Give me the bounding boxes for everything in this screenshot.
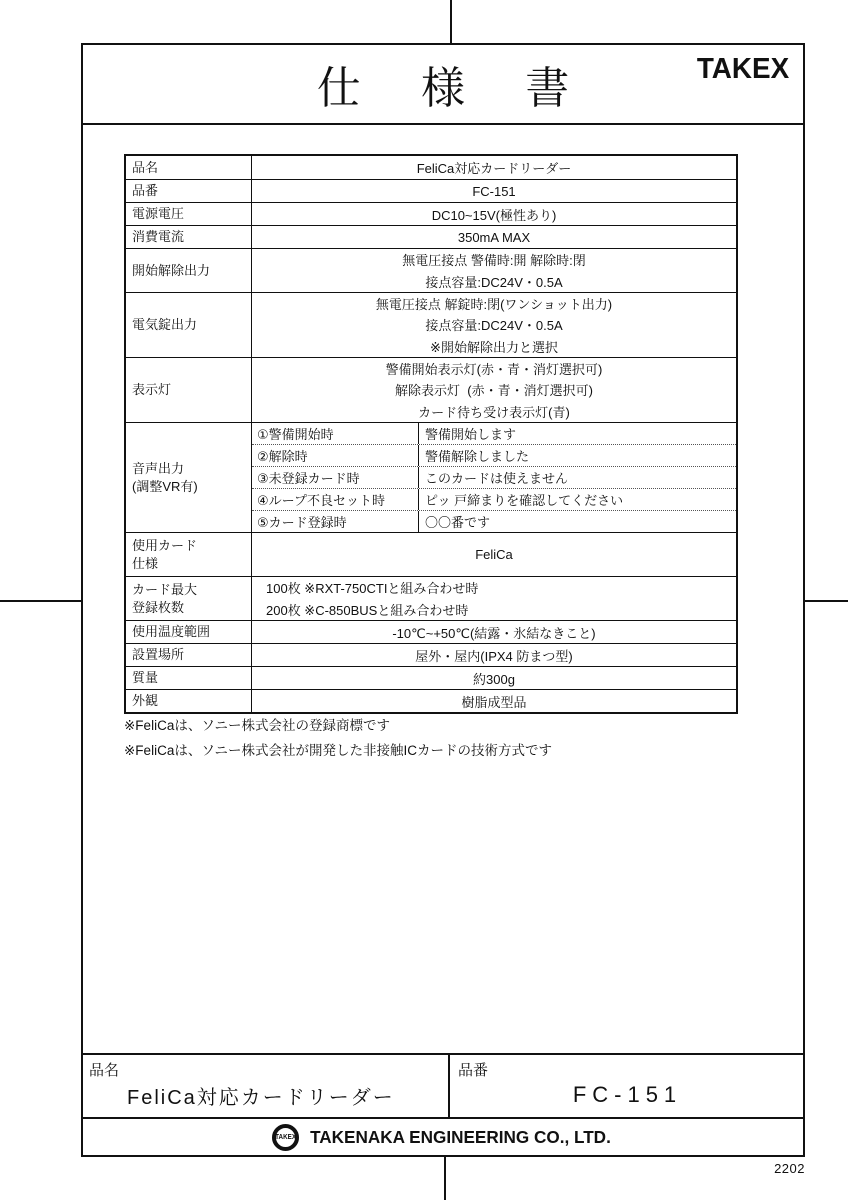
row-value-area: DC10~15V(極性あり) xyxy=(252,203,736,225)
footer-product-name-value: FeliCa対応カードリーダー xyxy=(127,1081,442,1110)
row-value-area: 屋外・屋内(IPX4 防まつ型) xyxy=(252,644,736,666)
row-label: 消費電流 xyxy=(126,226,252,248)
registration-mark-bottom xyxy=(444,1157,446,1200)
row-label: カード最大 登録枚数 xyxy=(126,577,252,620)
row-value-area: ①警備開始時警備開始します②解除時警備解除しました③未登録カード時このカードは使… xyxy=(252,423,736,532)
value-line: 無電圧接点 警備時:開 解除時:閉 xyxy=(252,249,736,271)
row-value-area: FeliCa xyxy=(252,533,736,576)
footer-model-cell: 品番 FC-151 xyxy=(450,1055,803,1117)
table-row: 音声出力 (調整VR有)①警備開始時警備開始します②解除時警備解除しました③未登… xyxy=(126,422,736,532)
takex-circle-logo-text: TAKEX xyxy=(275,1134,296,1141)
row-value-lines: 警備開始表示灯(赤・青・消灯選択可)解除表示灯 (赤・青・消灯選択可)カード待ち… xyxy=(252,358,736,422)
footer-product-name-cell: 品名 FeliCa対応カードリーダー xyxy=(83,1055,450,1117)
registration-mark-left xyxy=(0,600,81,602)
row-value-area: FC-151 xyxy=(252,180,736,202)
voice-event: ④ループ不良セット時 xyxy=(252,489,419,510)
voice-message: 〇〇番です xyxy=(419,511,736,532)
row-value-area: 350mA MAX xyxy=(252,226,736,248)
row-value-area: 約300g xyxy=(252,667,736,689)
row-value-lines: 無電圧接点 解錠時:閉(ワンショット出力)接点容量:DC24V・0.5A※開始解… xyxy=(252,293,736,357)
table-row: 消費電流350mA MAX xyxy=(126,225,736,248)
table-row: 表示灯警備開始表示灯(赤・青・消灯選択可)解除表示灯 (赤・青・消灯選択可)カー… xyxy=(126,357,736,422)
row-label: 電気錠出力 xyxy=(126,293,252,357)
row-value: FeliCa対応カードリーダー xyxy=(252,156,736,179)
row-value-area: 警備開始表示灯(赤・青・消灯選択可)解除表示灯 (赤・青・消灯選択可)カード待ち… xyxy=(252,358,736,422)
voice-message: 警備解除しました xyxy=(419,445,736,466)
table-row: 品名FeliCa対応カードリーダー xyxy=(126,156,736,179)
value-line: 無電圧接点 解錠時:閉(ワンショット出力) xyxy=(252,293,736,314)
row-value: 約300g xyxy=(252,667,736,689)
row-value-area: 100枚 ※RXT-750CTIと組み合わせ時200枚 ※C-850BUSと組み… xyxy=(252,577,736,620)
value-line: 接点容量:DC24V・0.5A xyxy=(252,271,736,293)
voice-event: ③未登録カード時 xyxy=(252,467,419,488)
footer-company-band: TAKEX TAKENAKA ENGINEERING CO., LTD. xyxy=(83,1117,803,1155)
table-row: 電源電圧DC10~15V(極性あり) xyxy=(126,202,736,225)
value-line: 200枚 ※C-850BUSと組み合わせ時 xyxy=(252,599,736,621)
table-row: 外観樹脂成型品 xyxy=(126,689,736,712)
voice-message: 警備開始します xyxy=(419,423,736,444)
row-value-area: FeliCa対応カードリーダー xyxy=(252,156,736,179)
registration-mark-top xyxy=(450,0,452,43)
row-value-area: 無電圧接点 解錠時:閉(ワンショット出力)接点容量:DC24V・0.5A※開始解… xyxy=(252,293,736,357)
row-value: DC10~15V(極性あり) xyxy=(252,203,736,225)
footnote-line: ※FeliCaは、ソニー株式会社の登録商標です xyxy=(124,713,552,738)
row-label: 電源電圧 xyxy=(126,203,252,225)
voice-output-subrow: ②解除時警備解除しました xyxy=(252,444,736,466)
row-label: 質量 xyxy=(126,667,252,689)
row-label: 使用温度範囲 xyxy=(126,621,252,643)
row-value-area: -10℃~+50℃(結露・氷結なきこと) xyxy=(252,621,736,643)
row-value-lines: 無電圧接点 警備時:開 解除時:閉接点容量:DC24V・0.5A xyxy=(252,249,736,292)
takex-circle-logo-icon: TAKEX xyxy=(272,1124,299,1151)
row-value: 樹脂成型品 xyxy=(252,690,736,712)
value-line: ※開始解除出力と選択 xyxy=(252,336,736,357)
row-value: FC-151 xyxy=(252,180,736,202)
footer-name-band: 品名 FeliCa対応カードリーダー 品番 FC-151 xyxy=(83,1055,803,1117)
voice-output-subrow: ③未登録カード時このカードは使えません xyxy=(252,466,736,488)
value-line: 接点容量:DC24V・0.5A xyxy=(252,314,736,335)
page-title: 仕 様 書 xyxy=(83,45,803,123)
voice-output-subtable: ①警備開始時警備開始します②解除時警備解除しました③未登録カード時このカードは使… xyxy=(252,423,736,532)
value-line: 解除表示灯 (赤・青・消灯選択可) xyxy=(252,379,736,400)
sheet-number: 2202 xyxy=(705,1161,805,1176)
row-label: 設置場所 xyxy=(126,644,252,666)
row-label: 開始解除出力 xyxy=(126,249,252,292)
footer-title-block: 品名 FeliCa対応カードリーダー 品番 FC-151 TAKEX TAKEN… xyxy=(83,1053,803,1155)
spec-sheet-page: 仕 様 書 TAKEX 品名FeliCa対応カードリーダー品番FC-151電源電… xyxy=(0,0,848,1200)
footnote-line: ※FeliCaは、ソニー株式会社が開発した非接触ICカードの技術方式です xyxy=(124,738,552,763)
row-value-area: 樹脂成型品 xyxy=(252,690,736,712)
spec-table: 品名FeliCa対応カードリーダー品番FC-151電源電圧DC10~15V(極性… xyxy=(124,154,738,714)
footer-product-name-label: 品名 xyxy=(89,1059,442,1080)
row-label: 表示灯 xyxy=(126,358,252,422)
table-row: 質量約300g xyxy=(126,666,736,689)
row-label: 外観 xyxy=(126,690,252,712)
voice-message: このカードは使えません xyxy=(419,467,736,488)
row-value: 350mA MAX xyxy=(252,226,736,248)
value-line: 100枚 ※RXT-750CTIと組み合わせ時 xyxy=(252,577,736,599)
row-value-area: 無電圧接点 警備時:開 解除時:閉接点容量:DC24V・0.5A xyxy=(252,249,736,292)
table-row: 開始解除出力無電圧接点 警備時:開 解除時:閉接点容量:DC24V・0.5A xyxy=(126,248,736,292)
voice-message: ピッ 戸締まりを確認してください xyxy=(419,489,736,510)
voice-event: ②解除時 xyxy=(252,445,419,466)
table-row: 品番FC-151 xyxy=(126,179,736,202)
voice-event: ①警備開始時 xyxy=(252,423,419,444)
row-value: FeliCa xyxy=(252,533,736,576)
row-label: 品名 xyxy=(126,156,252,179)
title-band: 仕 様 書 TAKEX xyxy=(83,45,803,125)
table-row: カード最大 登録枚数100枚 ※RXT-750CTIと組み合わせ時200枚 ※C… xyxy=(126,576,736,620)
voice-output-subrow: ④ループ不良セット時ピッ 戸締まりを確認してください xyxy=(252,488,736,510)
row-value: 屋外・屋内(IPX4 防まつ型) xyxy=(252,644,736,666)
row-label: 音声出力 (調整VR有) xyxy=(126,423,252,532)
table-row: 使用カード 仕様FeliCa xyxy=(126,532,736,576)
footer-model-label: 品番 xyxy=(458,1059,797,1080)
row-value-lines: 100枚 ※RXT-750CTIと組み合わせ時200枚 ※C-850BUSと組み… xyxy=(252,577,736,620)
footer-company-name: TAKENAKA ENGINEERING CO., LTD. xyxy=(310,1127,611,1148)
value-line: カード待ち受け表示灯(青) xyxy=(252,401,736,422)
row-label: 品番 xyxy=(126,180,252,202)
footnotes: ※FeliCaは、ソニー株式会社の登録商標です※FeliCaは、ソニー株式会社が… xyxy=(124,713,552,763)
voice-event: ⑤カード登録時 xyxy=(252,511,419,532)
footer-model-value: FC-151 xyxy=(458,1082,797,1108)
registration-mark-right xyxy=(805,600,848,602)
row-label: 使用カード 仕様 xyxy=(126,533,252,576)
value-line: 警備開始表示灯(赤・青・消灯選択可) xyxy=(252,358,736,379)
table-row: 電気錠出力無電圧接点 解錠時:閉(ワンショット出力)接点容量:DC24V・0.5… xyxy=(126,292,736,357)
voice-output-subrow: ①警備開始時警備開始します xyxy=(252,423,736,444)
brand-logo: TAKEX xyxy=(697,53,789,86)
document-frame: 仕 様 書 TAKEX 品名FeliCa対応カードリーダー品番FC-151電源電… xyxy=(81,43,805,1157)
row-value: -10℃~+50℃(結露・氷結なきこと) xyxy=(252,621,736,643)
voice-output-subrow: ⑤カード登録時〇〇番です xyxy=(252,510,736,532)
table-row: 設置場所屋外・屋内(IPX4 防まつ型) xyxy=(126,643,736,666)
table-row: 使用温度範囲-10℃~+50℃(結露・氷結なきこと) xyxy=(126,620,736,643)
